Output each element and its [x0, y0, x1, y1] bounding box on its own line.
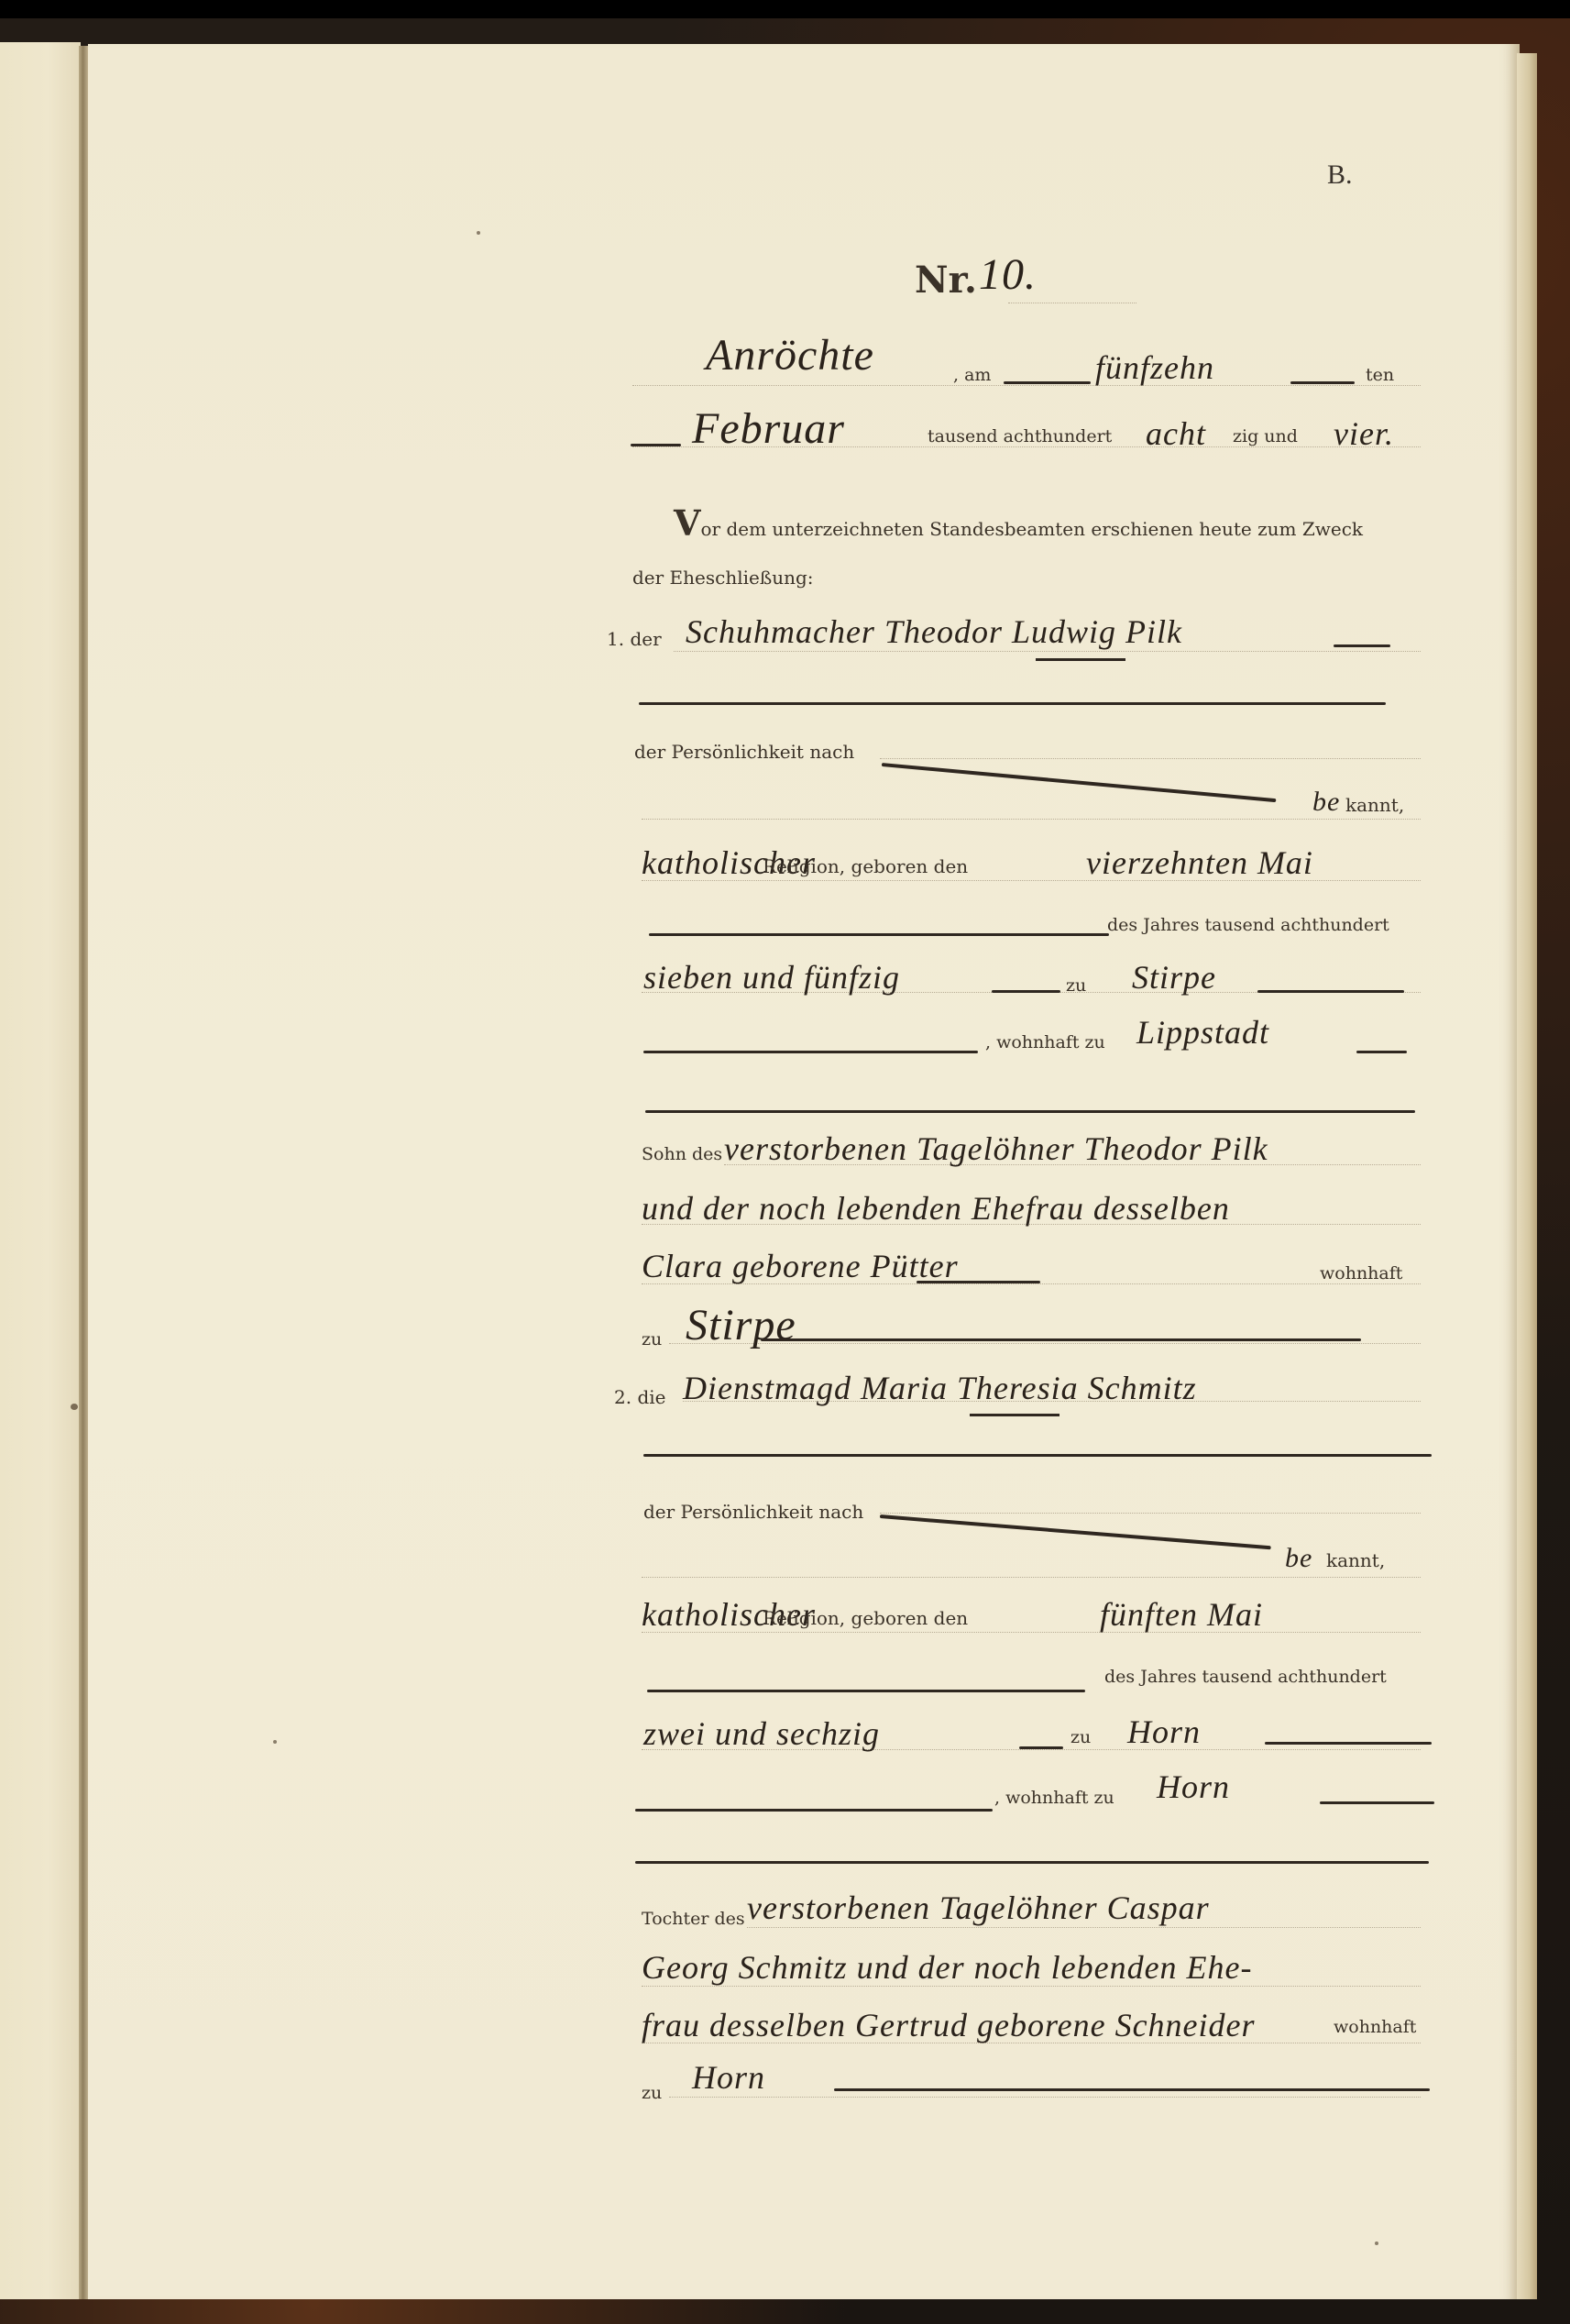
groom-birth-place-label: zu — [1066, 975, 1086, 996]
fill-rule — [992, 990, 1060, 993]
section-rule — [645, 1110, 1415, 1113]
bride-parents-line-3: frau desselben Gertrud geborene Schneide… — [642, 2006, 1256, 2044]
bride-parents-residence-label: wohnhaft — [1334, 2017, 1416, 2037]
groom-parents-line-1: verstorbenen Tagelöhner Theodor Pilk — [724, 1129, 1268, 1168]
groom-birth-date: vierzehnten Mai — [1086, 843, 1313, 882]
intro-initial: V — [674, 502, 700, 544]
groom-birth-place: Stirpe — [1132, 958, 1216, 997]
fill-rule — [834, 2088, 1430, 2091]
am-label: , am — [953, 365, 991, 385]
fill-rule — [917, 1281, 1040, 1283]
groom-parents-residence-label: wohnhaft — [1320, 1263, 1402, 1283]
paper-speck — [71, 1404, 78, 1410]
fill-rule — [647, 1690, 1085, 1692]
fill-rule — [1290, 381, 1355, 384]
month-value: Februar — [692, 403, 845, 454]
bride-residence: Horn — [1157, 1768, 1230, 1806]
fill-rule — [1257, 990, 1404, 993]
fill-rule — [1265, 1742, 1432, 1745]
groom-residence: Lippstadt — [1136, 1013, 1269, 1052]
bride-occupation-name: Dienstmagd Maria Theresia Schmitz — [683, 1369, 1197, 1407]
groom-index-label: 1. der — [607, 628, 662, 650]
fill-rule — [635, 1809, 993, 1812]
paper-speck — [477, 231, 480, 235]
bride-parents-place: Horn — [692, 2058, 765, 2097]
groom-parents-place: Stirpe — [686, 1300, 796, 1350]
fill-rule — [761, 1338, 1361, 1341]
bride-birth-date: fünften Mai — [1100, 1595, 1263, 1634]
dotted-guide — [880, 1513, 1421, 1514]
groom-occupation-name: Schuhmacher Theodor Ludwig Pilk — [686, 612, 1182, 651]
record-number-label: Nr. — [915, 259, 977, 302]
groom-parents-place-label: zu — [642, 1329, 662, 1349]
dotted-guide — [1008, 303, 1136, 303]
intro-line-2: der Eheschließung: — [632, 567, 814, 589]
bride-religion-label: Religion, geboren den — [763, 1607, 968, 1629]
fill-rule — [643, 1454, 1432, 1457]
groom-religion-label: Religion, geboren den — [763, 855, 968, 877]
bride-identity-hand: be — [1285, 1543, 1312, 1574]
register-mark: B. — [1327, 160, 1353, 191]
decade-suffix: zig und — [1233, 426, 1298, 446]
intro-line-1: Vor dem unterzeichneten Standesbeamten e… — [674, 502, 1363, 544]
paper-speck — [273, 1740, 277, 1744]
bride-index-label: 2. die — [614, 1386, 665, 1408]
strike-line — [880, 1514, 1271, 1549]
dotted-guide — [880, 758, 1421, 759]
dotted-guide — [642, 1577, 1421, 1578]
bride-residence-label: , wohnhaft zu — [994, 1788, 1114, 1808]
paper-speck — [1375, 2241, 1378, 2245]
day-suffix: ten — [1366, 365, 1394, 385]
groom-year-label: des Jahres tausend achthundert — [1107, 915, 1389, 935]
strike-line — [882, 763, 1277, 802]
fill-rule — [1334, 644, 1390, 647]
dotted-guide — [669, 2097, 1421, 2098]
fill-rule — [1320, 1801, 1434, 1804]
groom-residence-label: , wohnhaft zu — [985, 1032, 1105, 1052]
intro-text: or dem unterzeichneten Standesbeamten er… — [700, 518, 1363, 540]
groom-birth-year: sieben und fünfzig — [643, 958, 900, 997]
decade-value: acht — [1146, 414, 1206, 453]
section-rule — [635, 1861, 1429, 1864]
name-underline — [1036, 658, 1125, 661]
bride-birth-place: Horn — [1127, 1713, 1201, 1751]
groom-parents-line-3: Clara geborene Pütter — [642, 1247, 959, 1285]
groom-identity-hand: be — [1312, 787, 1340, 818]
year-prefix-label: tausend achthundert — [928, 426, 1112, 446]
bride-year-label: des Jahres tausend achthundert — [1104, 1667, 1387, 1687]
bride-parents-line-1: verstorbenen Tagelöhner Caspar — [747, 1889, 1210, 1927]
bride-identity-print: kannt, — [1326, 1549, 1385, 1571]
dotted-guide — [642, 819, 1421, 820]
dotted-guide — [674, 651, 1421, 652]
groom-identity-print: kannt, — [1345, 794, 1404, 816]
dotted-guide — [747, 1927, 1421, 1928]
name-underline — [970, 1414, 1059, 1416]
groom-parents-label: Sohn des — [642, 1144, 722, 1164]
fill-rule — [643, 1051, 978, 1053]
record-number-value: 10. — [979, 249, 1037, 300]
fill-rule — [639, 702, 1386, 705]
year-unit-value: vier. — [1334, 414, 1394, 453]
fill-rule — [631, 444, 681, 446]
bride-parents-label: Tochter des — [642, 1909, 745, 1929]
bride-parents-place-label: zu — [642, 2083, 662, 2103]
day-value: fünfzehn — [1095, 348, 1214, 387]
bride-identity-label: der Persönlichkeit nach — [643, 1501, 863, 1523]
fill-rule — [1004, 381, 1091, 384]
dotted-guide — [632, 385, 1421, 386]
fill-rule — [1356, 1051, 1407, 1053]
fill-rule — [649, 933, 1109, 936]
place-name: Anröchte — [706, 330, 874, 380]
bride-parents-line-2: Georg Schmitz und der noch lebenden Ehe- — [642, 1948, 1253, 1987]
bride-birth-place-label: zu — [1070, 1727, 1091, 1747]
groom-identity-label: der Persönlichkeit nach — [634, 741, 854, 763]
marriage-record: B. Nr. 10. Anröchte , am fünfzehn ten Fe… — [0, 0, 1570, 2324]
fill-rule — [1019, 1746, 1063, 1749]
groom-parents-line-2: und der noch lebenden Ehefrau desselben — [642, 1189, 1230, 1228]
bride-birth-year: zwei und sechzig — [643, 1714, 880, 1753]
